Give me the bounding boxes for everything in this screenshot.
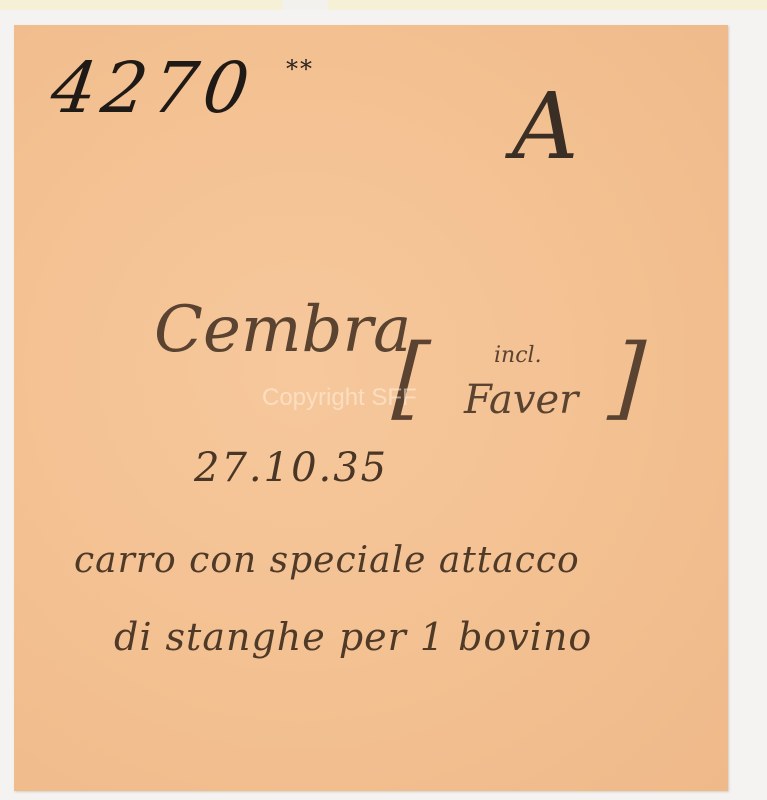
bracket-note-abbrev: incl.: [494, 343, 542, 368]
bracket-close: ]: [597, 325, 658, 430]
mount-strip: [0, 0, 767, 10]
date: 27.10.35: [194, 445, 388, 491]
series-letter: A: [512, 73, 578, 180]
catalog-marks: **: [286, 55, 314, 83]
description-line-1: carro con speciale attacco: [74, 540, 580, 581]
description-line-2: di stanghe per 1 bovino: [114, 615, 592, 659]
catalog-number: 4270: [46, 47, 260, 129]
copyright-watermark: Copyright SFF: [262, 384, 417, 412]
bracket-note-name: Faver: [464, 377, 578, 423]
place-name: Cembra: [154, 293, 411, 367]
mount-gap: [282, 0, 328, 10]
